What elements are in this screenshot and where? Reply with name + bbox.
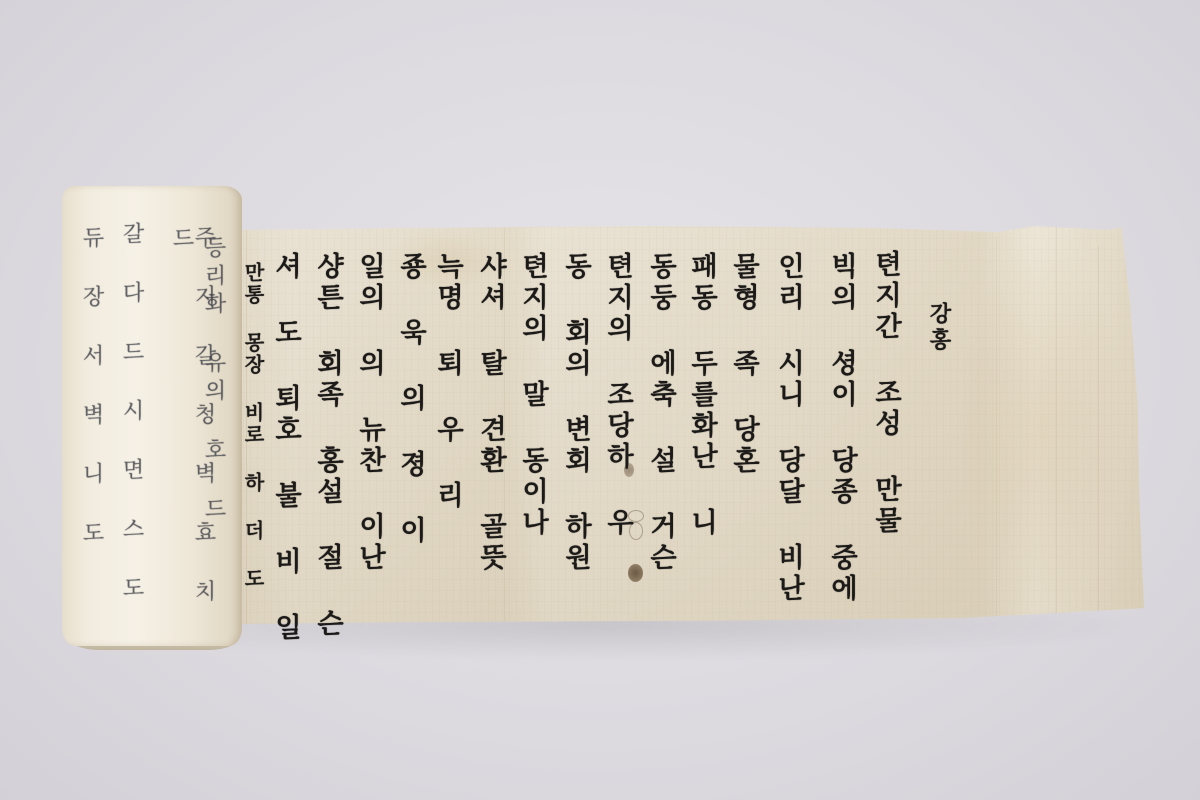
- text-column: 동 회의 변회 하원: [562, 252, 589, 575]
- text-column: 텬지간 조성 만물: [872, 250, 899, 538]
- text-column: 빅의 셩이 당종 중에: [828, 252, 855, 606]
- letter-heading: 강홍: [928, 302, 950, 355]
- text-column: 샹튼 회족 홍설 절 슨: [314, 252, 341, 641]
- text-column: 샤셔 탈 견환 골뜻: [477, 252, 504, 575]
- text-column: 동둥 에축 설 거슨: [647, 252, 674, 575]
- faded-column: 듀 장 서 벽 니 도: [80, 226, 102, 550]
- faded-column: 주 지 갈 청 벽 효 치 드: [170, 225, 214, 647]
- text-column: 텬지의 조당하 우: [604, 252, 631, 540]
- paper-hole: [628, 564, 643, 582]
- scroll-roll: 등리화 유의 호 드 주 지 갈 청 벽 효 치 드 갈 다 드 시 면 스 도…: [62, 186, 242, 646]
- text-column: 늑명 퇴 우 리: [434, 252, 461, 513]
- roll-edge-column: 만통 몽장 비로 하 더 도: [243, 262, 263, 591]
- text-column: 텬지의 말 동이나: [519, 252, 546, 540]
- text-column: 셔 도 퇴호 불 비 일: [272, 252, 299, 645]
- faded-column: 갈 다 드 시 면 스 도: [120, 222, 142, 605]
- text-column: 패동 두를화난 니: [688, 252, 715, 540]
- text-column: 인리 시니 당달 비난: [775, 252, 802, 606]
- text-column: 일의 의 뉴찬 이난: [356, 252, 383, 575]
- text-column: 물형 족 당혼: [730, 252, 757, 478]
- text-column: 죵 욱 의 졍 이: [397, 252, 424, 548]
